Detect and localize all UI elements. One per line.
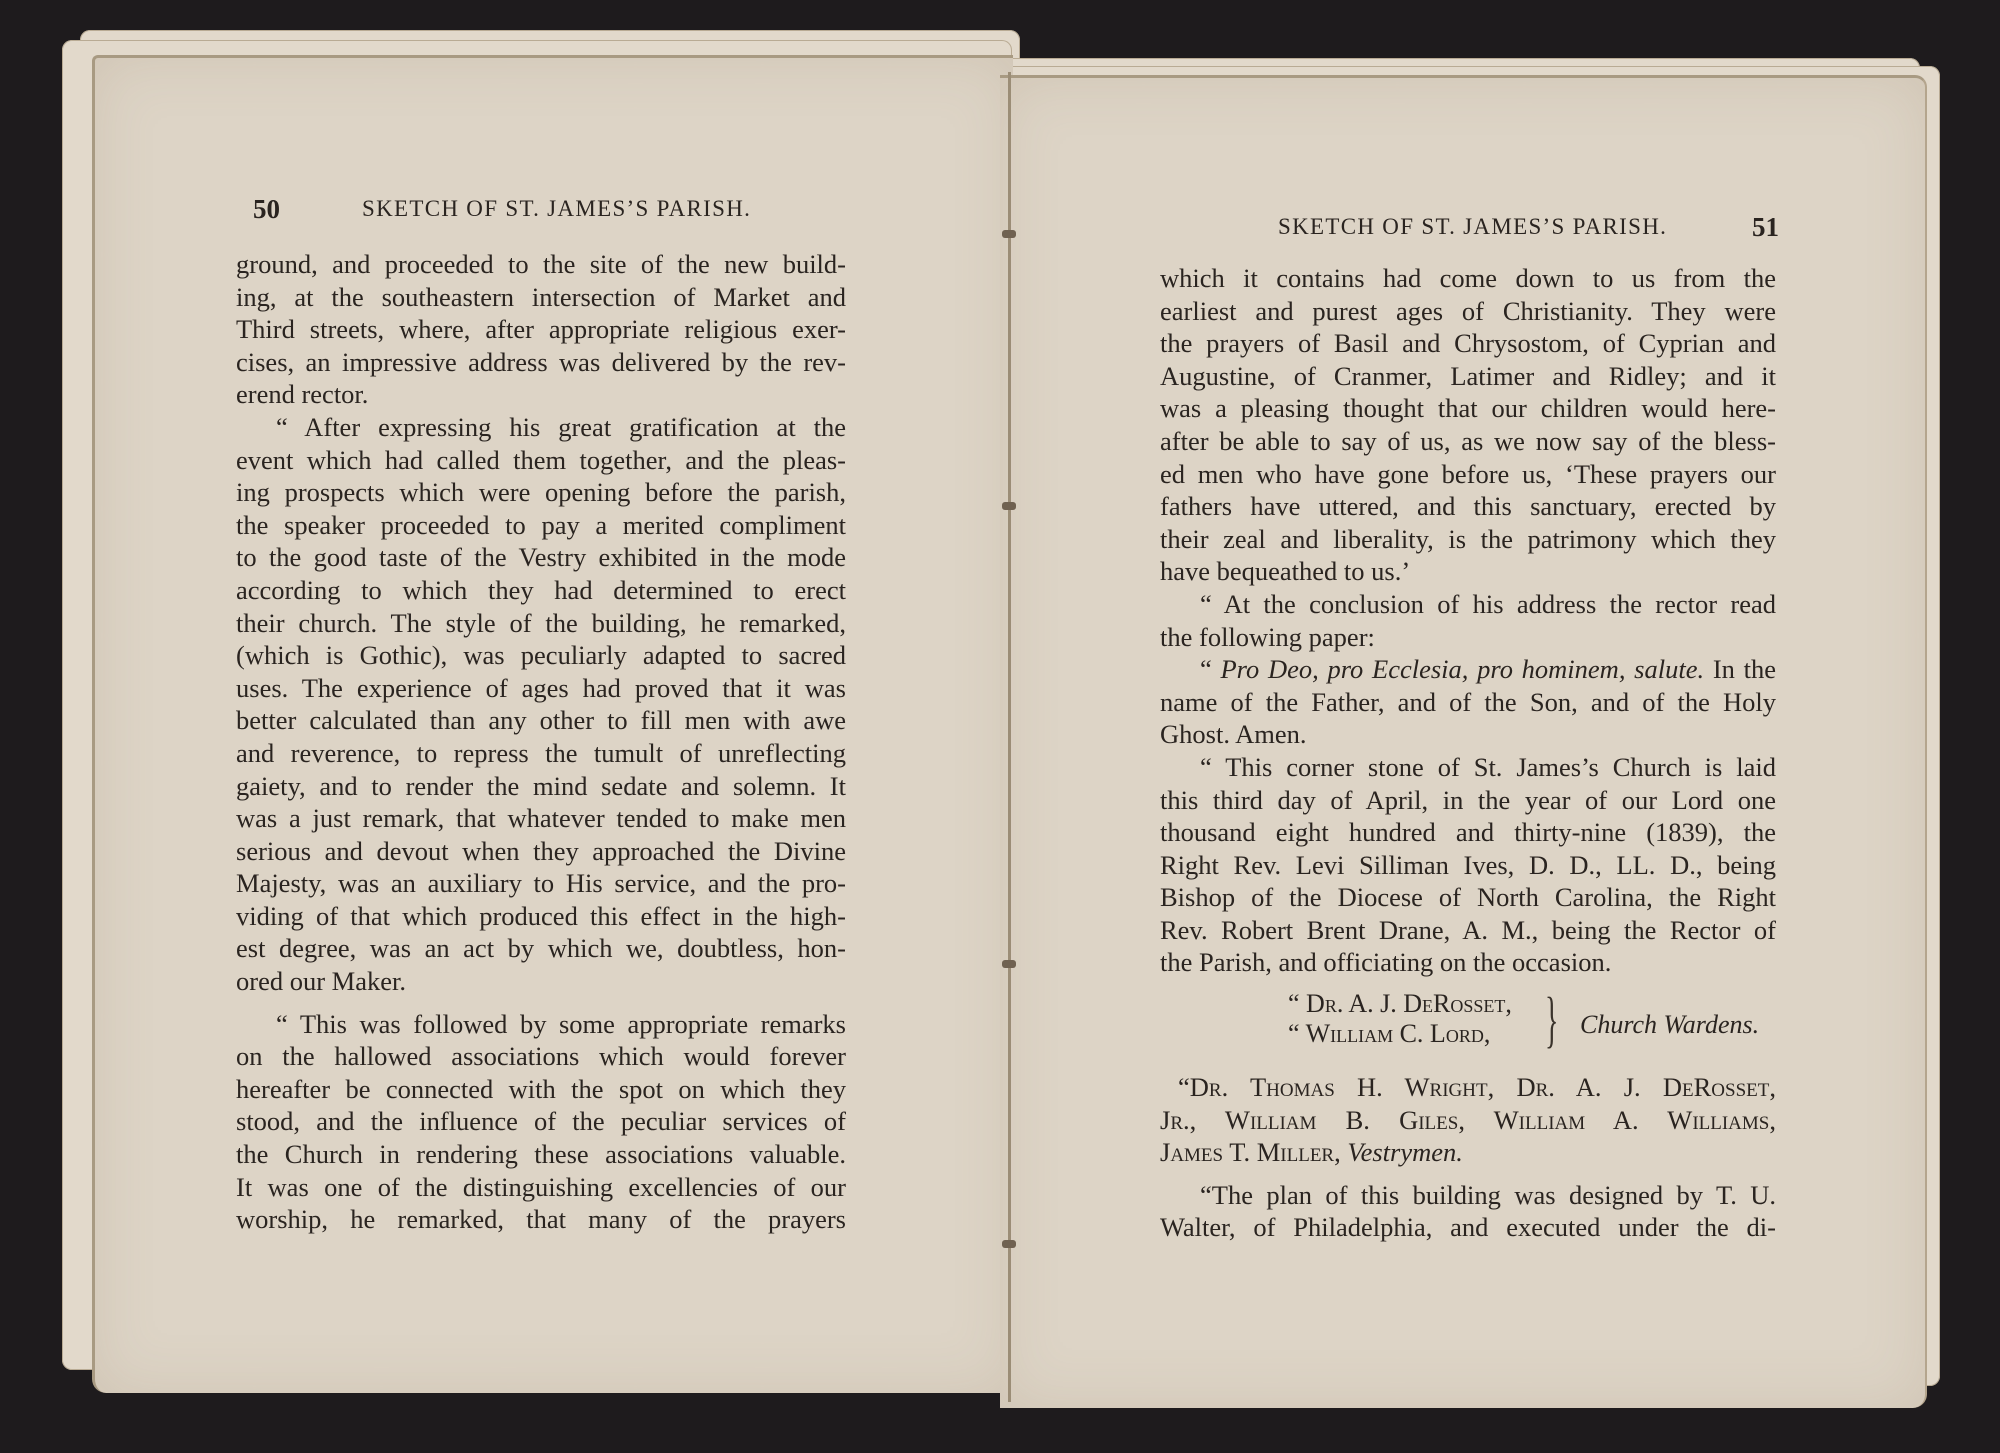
text-line: viding of that which produced this effec… xyxy=(236,900,846,933)
right-page-body: which it contains had come down to us fr… xyxy=(1160,262,1776,1244)
text-line: the Parish, and officiating on the occas… xyxy=(1160,946,1776,979)
binding-stitch xyxy=(1002,502,1016,510)
vestry-role: Vestrymen. xyxy=(1347,1137,1463,1167)
text-line: which it contains had come down to us fr… xyxy=(1160,262,1776,295)
text-line: on the hallowed associations which would… xyxy=(236,1040,846,1073)
church-wardens-block: “ Dr. A. J. DeRosset, “ William C. Lord,… xyxy=(1160,989,1776,1063)
text-line: “ After expressing his great gratificati… xyxy=(236,411,846,444)
text-line: the speaker proceeded to pay a merited c… xyxy=(236,509,846,542)
text-line: was a just remark, that whatever tended … xyxy=(236,802,846,835)
text-line: Walter, of Philadelphia, and executed un… xyxy=(1160,1211,1776,1244)
text-line: to the good taste of the Vestry exhibite… xyxy=(236,541,846,574)
text-line: ed men who have gone before us, ‘These p… xyxy=(1160,458,1776,491)
text-line: gaiety, and to render the mind sedate an… xyxy=(236,770,846,803)
latin-motto-line: “ Pro Deo, pro Ecclesia, pro hominem, sa… xyxy=(1160,653,1776,686)
text-line: name of the Father, and of the Son, and … xyxy=(1160,686,1776,719)
text-line: fathers have uttered, and this sanctuary… xyxy=(1160,490,1776,523)
warden-name: “ Dr. A. J. DeRosset, xyxy=(1288,989,1512,1019)
text-line: their church. The style of the building,… xyxy=(236,607,846,640)
text-line: worship, he remarked, that many of the p… xyxy=(236,1203,846,1236)
binding-stitch xyxy=(1002,230,1016,238)
text-line: thousand eight hundred and thirty-nine (… xyxy=(1160,816,1776,849)
page-number-left: 50 xyxy=(253,194,280,225)
text-line: Third streets, where, after appropriate … xyxy=(236,313,846,346)
text-line: Rev. Robert Brent Drane, A. M., being th… xyxy=(1160,914,1776,947)
vestry-line: James T. Miller, Vestrymen. xyxy=(1160,1136,1776,1169)
text-line: ground, and proceeded to the site of the… xyxy=(236,248,846,281)
binding-stitch xyxy=(1002,1240,1016,1248)
text-line: better calculated than any other to fill… xyxy=(236,704,846,737)
text-line: Bishop of the Diocese of North Carolina,… xyxy=(1160,881,1776,914)
page-number-right: 51 xyxy=(1752,212,1779,243)
binding-stitch xyxy=(1002,960,1016,968)
wardens-role: Church Wardens. xyxy=(1580,1009,1759,1042)
text-line: “ At the conclusion of his address the r… xyxy=(1160,588,1776,621)
text-line: Majesty, was an auxiliary to His service… xyxy=(236,867,846,900)
text-line: (which is Gothic), was peculiarly adapte… xyxy=(236,639,846,672)
text-line: Ghost. Amen. xyxy=(1160,718,1776,751)
text-line: was a pleasing thought that our children… xyxy=(1160,392,1776,425)
latin-motto: Pro Deo, pro Ecclesia, pro hominem, salu… xyxy=(1220,654,1704,684)
text-line: erend rector. xyxy=(236,378,846,411)
text-line: “ This corner stone of St. James’s Churc… xyxy=(1160,751,1776,784)
text-line: ing, at the southeastern intersection of… xyxy=(236,281,846,314)
text-line: uses. The experience of ages had proved … xyxy=(236,672,846,705)
text-line: “ This was followed by some appropriate … xyxy=(236,1008,846,1041)
running-head-right: SKETCH OF ST. JAMES’S PARISH. xyxy=(1278,214,1667,240)
text-line: earliest and purest ages of Christianity… xyxy=(1160,295,1776,328)
text-line: and reverence, to repress the tumult of … xyxy=(236,737,846,770)
vestry-line: “Dr. Thomas H. Wright, Dr. A. J. DeRosse… xyxy=(1160,1071,1776,1104)
text-line: this third day of April, in the year of … xyxy=(1160,784,1776,817)
running-head-left: SKETCH OF ST. JAMES’S PARISH. xyxy=(362,196,751,222)
text-line: stood, and the influence of the peculiar… xyxy=(236,1105,846,1138)
text-line: the following paper: xyxy=(1160,621,1776,654)
text-line: their zeal and liberality, is the patrim… xyxy=(1160,523,1776,556)
brace-glyph: } xyxy=(1545,985,1558,1055)
text-line: hereafter be connected with the spot on … xyxy=(236,1073,846,1106)
text-line: according to which they had determined t… xyxy=(236,574,846,607)
text-line: after be able to say of us, as we now sa… xyxy=(1160,425,1776,458)
vestry-line: Jr., William B. Giles, William A. Willia… xyxy=(1160,1104,1776,1137)
text-line: “The plan of this building was designed … xyxy=(1160,1179,1776,1212)
text-line: serious and devout when they approached … xyxy=(236,835,846,868)
text-line: It was one of the distinguishing excelle… xyxy=(236,1171,846,1204)
text-line: have bequeathed to us.’ xyxy=(1160,555,1776,588)
text-line: the Church in rendering these associatio… xyxy=(236,1138,846,1171)
text-line: the prayers of Basil and Chrysostom, of … xyxy=(1160,327,1776,360)
text-line: Augustine, of Cranmer, Latimer and Ridle… xyxy=(1160,360,1776,393)
book-spine xyxy=(1008,72,1011,1402)
text-line: ing prospects which were opening before … xyxy=(236,476,846,509)
text-line: event which had called them together, an… xyxy=(236,444,846,477)
text-line: cises, an impressive address was deliver… xyxy=(236,346,846,379)
warden-name: “ William C. Lord, xyxy=(1288,1019,1512,1049)
text-line: ored our Maker. xyxy=(236,965,846,998)
text-line: est degree, was an act by which we, doub… xyxy=(236,932,846,965)
text-line: Right Rev. Levi Silliman Ives, D. D., LL… xyxy=(1160,849,1776,882)
left-page-body: ground, and proceeded to the site of the… xyxy=(236,248,846,1236)
